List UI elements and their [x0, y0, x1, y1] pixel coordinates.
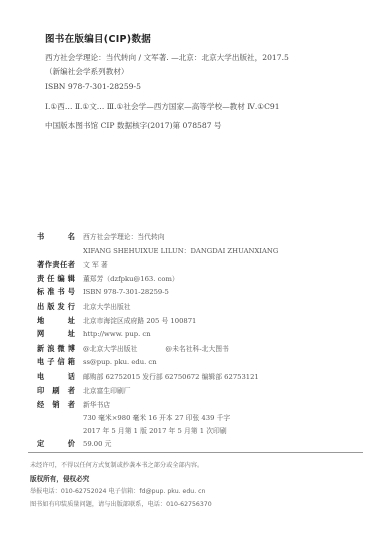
label-price: 定价	[37, 439, 75, 449]
cip-title: 图书在版编目(CIP)数据	[45, 31, 151, 45]
row-edition: 2017 年 5 月第 1 版 2017 年 5 月第 1 次印刷	[37, 425, 227, 435]
value-publisher: 北京大学出版社	[83, 301, 131, 311]
label-author: 著作责任者	[37, 260, 75, 270]
footer-report: 举报电话：010-62752024 电子信箱：fd@pup. pku. edu.…	[30, 486, 205, 495]
value-phone: 邮购部 62752015 发行部 62750672 编辑部 62753121	[83, 371, 259, 381]
cip-line-5: 中国版本图书馆 CIP 数据核字(2017)第 078587 号	[45, 120, 222, 131]
value-website: http://www. pup. cn	[83, 330, 151, 338]
label-website: 网址	[37, 329, 75, 339]
row-price: 定价 59.00 元	[37, 438, 111, 449]
footer-rights: 版权所有，侵权必究	[30, 473, 89, 483]
value-address: 北京市海淀区成府路 205 号 100871	[83, 315, 196, 325]
row-book-pinyin: XIFANG SHEHUIXUE LILUN：DANGDAI ZHUANXIAN…	[37, 245, 278, 255]
label-printer: 印刷者	[37, 386, 75, 396]
label-phone: 电话	[37, 372, 75, 382]
row-email: 电子信箱 ss@pup. pku. edu. cn	[37, 357, 157, 367]
row-weibo: 新浪微博 @北京大学出版社 @未名社科-北大图书	[37, 343, 229, 354]
cip-line-1: 西方社会学理论：当代转向 / 文军著. —北京：北京大学出版社，2017.5	[45, 52, 289, 63]
cip-line-3: ISBN 978-7-301-28259-5	[45, 82, 141, 91]
value-weibo-2: @未名社科-北大图书	[165, 343, 228, 353]
row-printer: 印刷者 北京富生印刷厂	[37, 385, 131, 396]
value-format: 730 毫米×980 毫米 16 开本 27 印张 439 千字	[83, 412, 230, 422]
footer-quality: 图书如有印装质量问题，请与出版部联系，电话：010-62756370	[30, 499, 212, 508]
value-distributor: 新华书店	[83, 399, 110, 409]
value-edition: 2017 年 5 月第 1 版 2017 年 5 月第 1 次印刷	[83, 425, 227, 435]
row-format: 730 毫米×980 毫米 16 开本 27 印张 439 千字	[37, 412, 230, 422]
value-email: ss@pup. pku. edu. cn	[83, 358, 157, 366]
value-editor: 董郑芳（dzfpku@163. com）	[83, 273, 179, 283]
cip-line-2: （新编社会学系列教材）	[45, 66, 129, 77]
divider	[28, 452, 363, 453]
label-editor: 责任编辑	[37, 274, 75, 284]
footer-notice: 未经许可，不得以任何方式复制或抄袭本书之部分或全部内容。	[30, 460, 203, 469]
label-email: 电子信箱	[37, 357, 75, 367]
value-isbn: ISBN 978-7-301-28259-5	[83, 288, 169, 296]
row-distributor: 经销者 新华书店	[37, 399, 110, 410]
row-publisher: 出版发行 北京大学出版社	[37, 301, 131, 312]
label-weibo: 新浪微博	[37, 344, 75, 354]
row-address: 地址 北京市海淀区成府路 205 号 100871	[37, 315, 196, 326]
row-isbn: 标准书号 ISBN 978-7-301-28259-5	[37, 287, 169, 297]
value-book-title: 西方社会学理论：当代转向	[83, 231, 165, 241]
value-printer: 北京富生印刷厂	[83, 385, 131, 395]
label-publisher: 出版发行	[37, 302, 75, 312]
label-isbn: 标准书号	[37, 287, 75, 297]
value-author: 文 军 著	[83, 259, 108, 269]
value-price: 59.00 元	[83, 438, 111, 448]
cip-line-4: Ⅰ.①西… Ⅱ.①文… Ⅲ.①社会学—西方国家—高等学校—教材 Ⅳ.①C91	[45, 101, 280, 112]
value-book-pinyin: XIFANG SHEHUIXUE LILUN：DANGDAI ZHUANXIAN…	[83, 245, 278, 255]
row-book-title: 书名 西方社会学理论：当代转向	[37, 231, 165, 242]
row-phone: 电话 邮购部 62752015 发行部 62750672 编辑部 6275312…	[37, 371, 259, 382]
label-distributor: 经销者	[37, 400, 75, 410]
row-editor: 责任编辑 董郑芳（dzfpku@163. com）	[37, 273, 179, 284]
value-weibo-1: @北京大学出版社	[83, 343, 137, 353]
row-website: 网址 http://www. pup. cn	[37, 329, 151, 339]
row-author: 著作责任者 文 军 著	[37, 259, 108, 270]
label-address: 地址	[37, 316, 75, 326]
label-book-title: 书名	[37, 232, 75, 242]
